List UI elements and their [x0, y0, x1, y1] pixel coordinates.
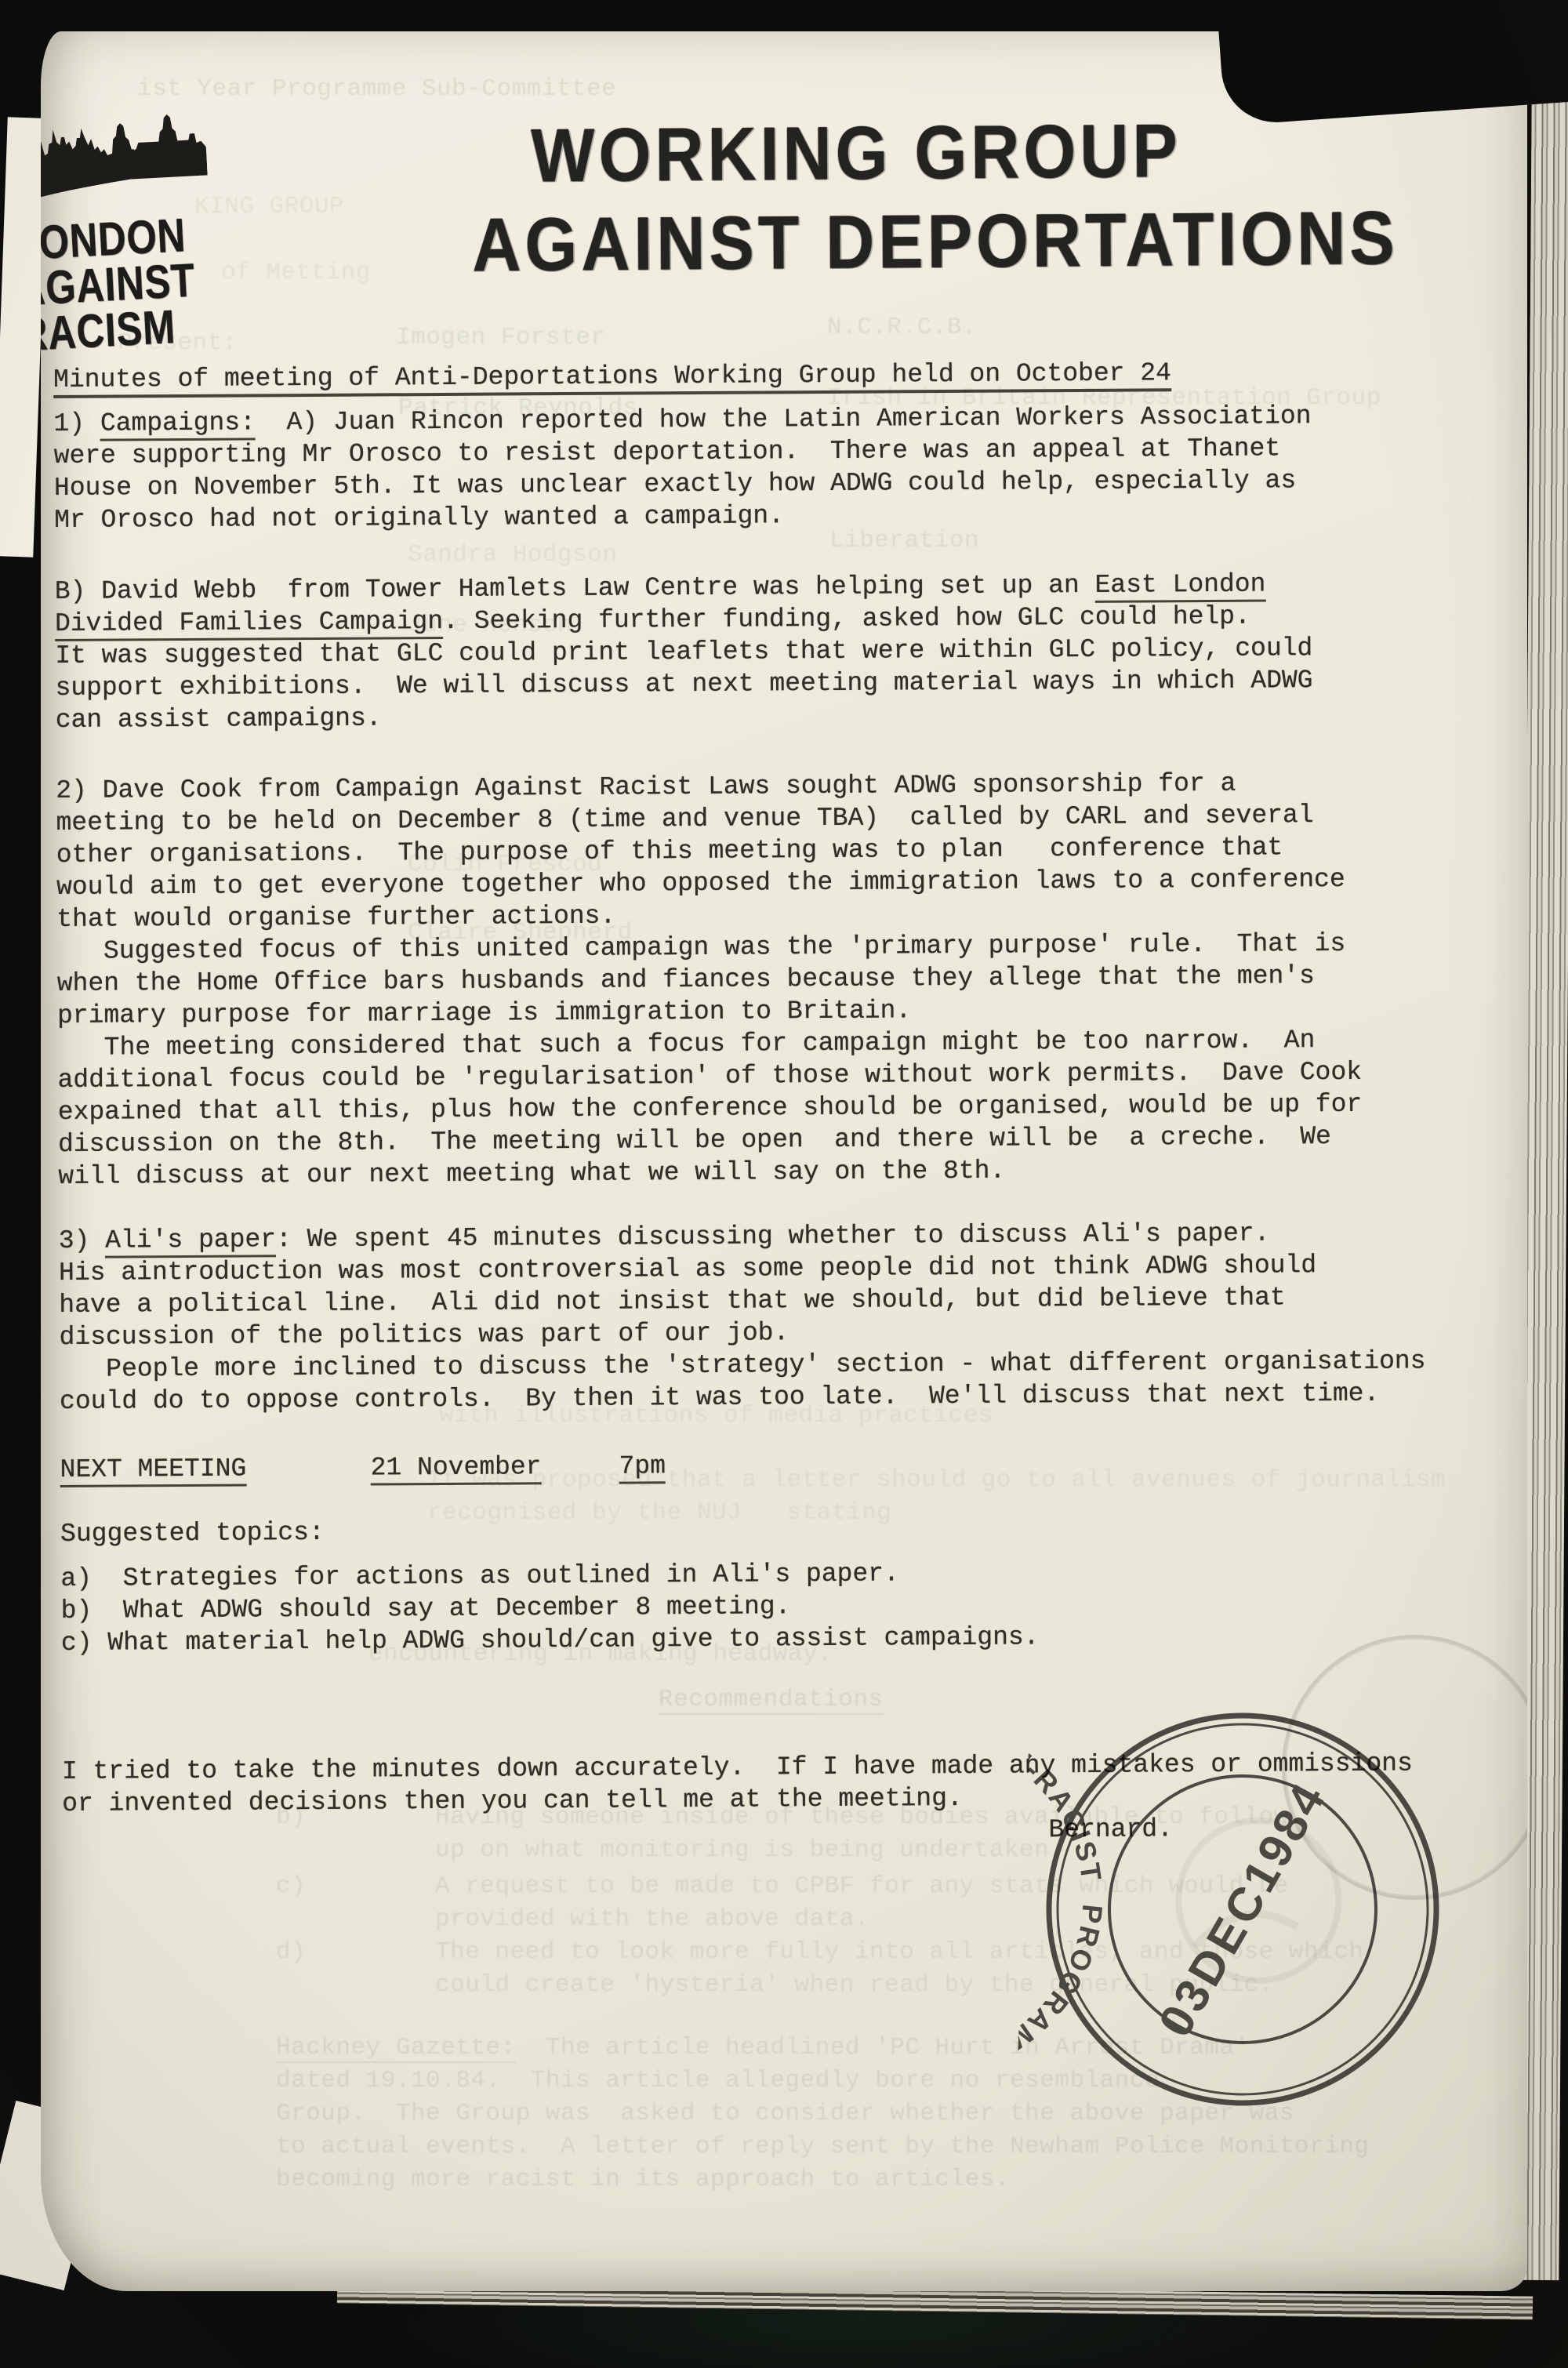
para-1-campaigns: 1) Campaigns: A) Juan Rincon reported ho… — [53, 399, 1467, 536]
ghost-line: becoming more racist in its approach to … — [276, 2166, 1010, 2193]
ghost-line: Imogen Forster — [396, 324, 605, 351]
topics-list: a) Strategies for actions as outlined in… — [60, 1554, 1474, 1659]
para-3-alis-paper: 3) Ali's paper: We spent 45 minutes disc… — [59, 1216, 1472, 1418]
london-skyline-tower-bridge-icon — [41, 99, 209, 215]
london-against-racism-logo: LONDON AGAINST RACISM — [41, 96, 271, 358]
ghost-line: c) — [276, 1872, 306, 1900]
document-page: ist Year Programme Sub-CommitteeKING GRO… — [41, 31, 1527, 2291]
suggested-topics-label: Suggested topics: — [60, 1509, 1473, 1550]
ghost-line: to actual events. A letter of reply sent… — [276, 2133, 1370, 2160]
ghost-line: N.C.R.C.B. — [827, 314, 977, 341]
typed-line: Suggested topics: — [60, 1509, 1473, 1550]
scanned-book-photo: { "page": { "logo": { "icon": "london-sk… — [0, 0, 1568, 2368]
ghost-line: provided with the above data. — [435, 1905, 869, 1933]
next-meeting-row: NEXT MEETING 21 November 7pm — [60, 1445, 1472, 1486]
document-title-line1: WORKING GROUP — [531, 108, 1181, 200]
para-2-dave-cook: 2) Dave Cook from Campaign Against Racis… — [56, 766, 1471, 1193]
document-title-line2: AGAINST DEPORTATIONS — [472, 195, 1399, 289]
stamp-ring-text: PROGRAMME SUB-COMMITTEE — PRESENTED TO A… — [1015, 1705, 1115, 2090]
typed-line: NEXT MEETING 21 November 7pm — [60, 1445, 1472, 1486]
date-stamp: PROGRAMME SUB-COMMITTEE — PRESENTED TO A… — [1015, 1682, 1469, 2136]
ghost-line: d) — [276, 1938, 306, 1966]
para-b-david-webb: B) David Webb from Tower Hamlets Law Cen… — [55, 567, 1468, 736]
typed-minutes-body: Minutes of meeting of Anti-Deportations … — [53, 355, 1475, 1852]
typed-line: B) David Webb from Tower Hamlets Law Cen… — [55, 567, 1468, 608]
